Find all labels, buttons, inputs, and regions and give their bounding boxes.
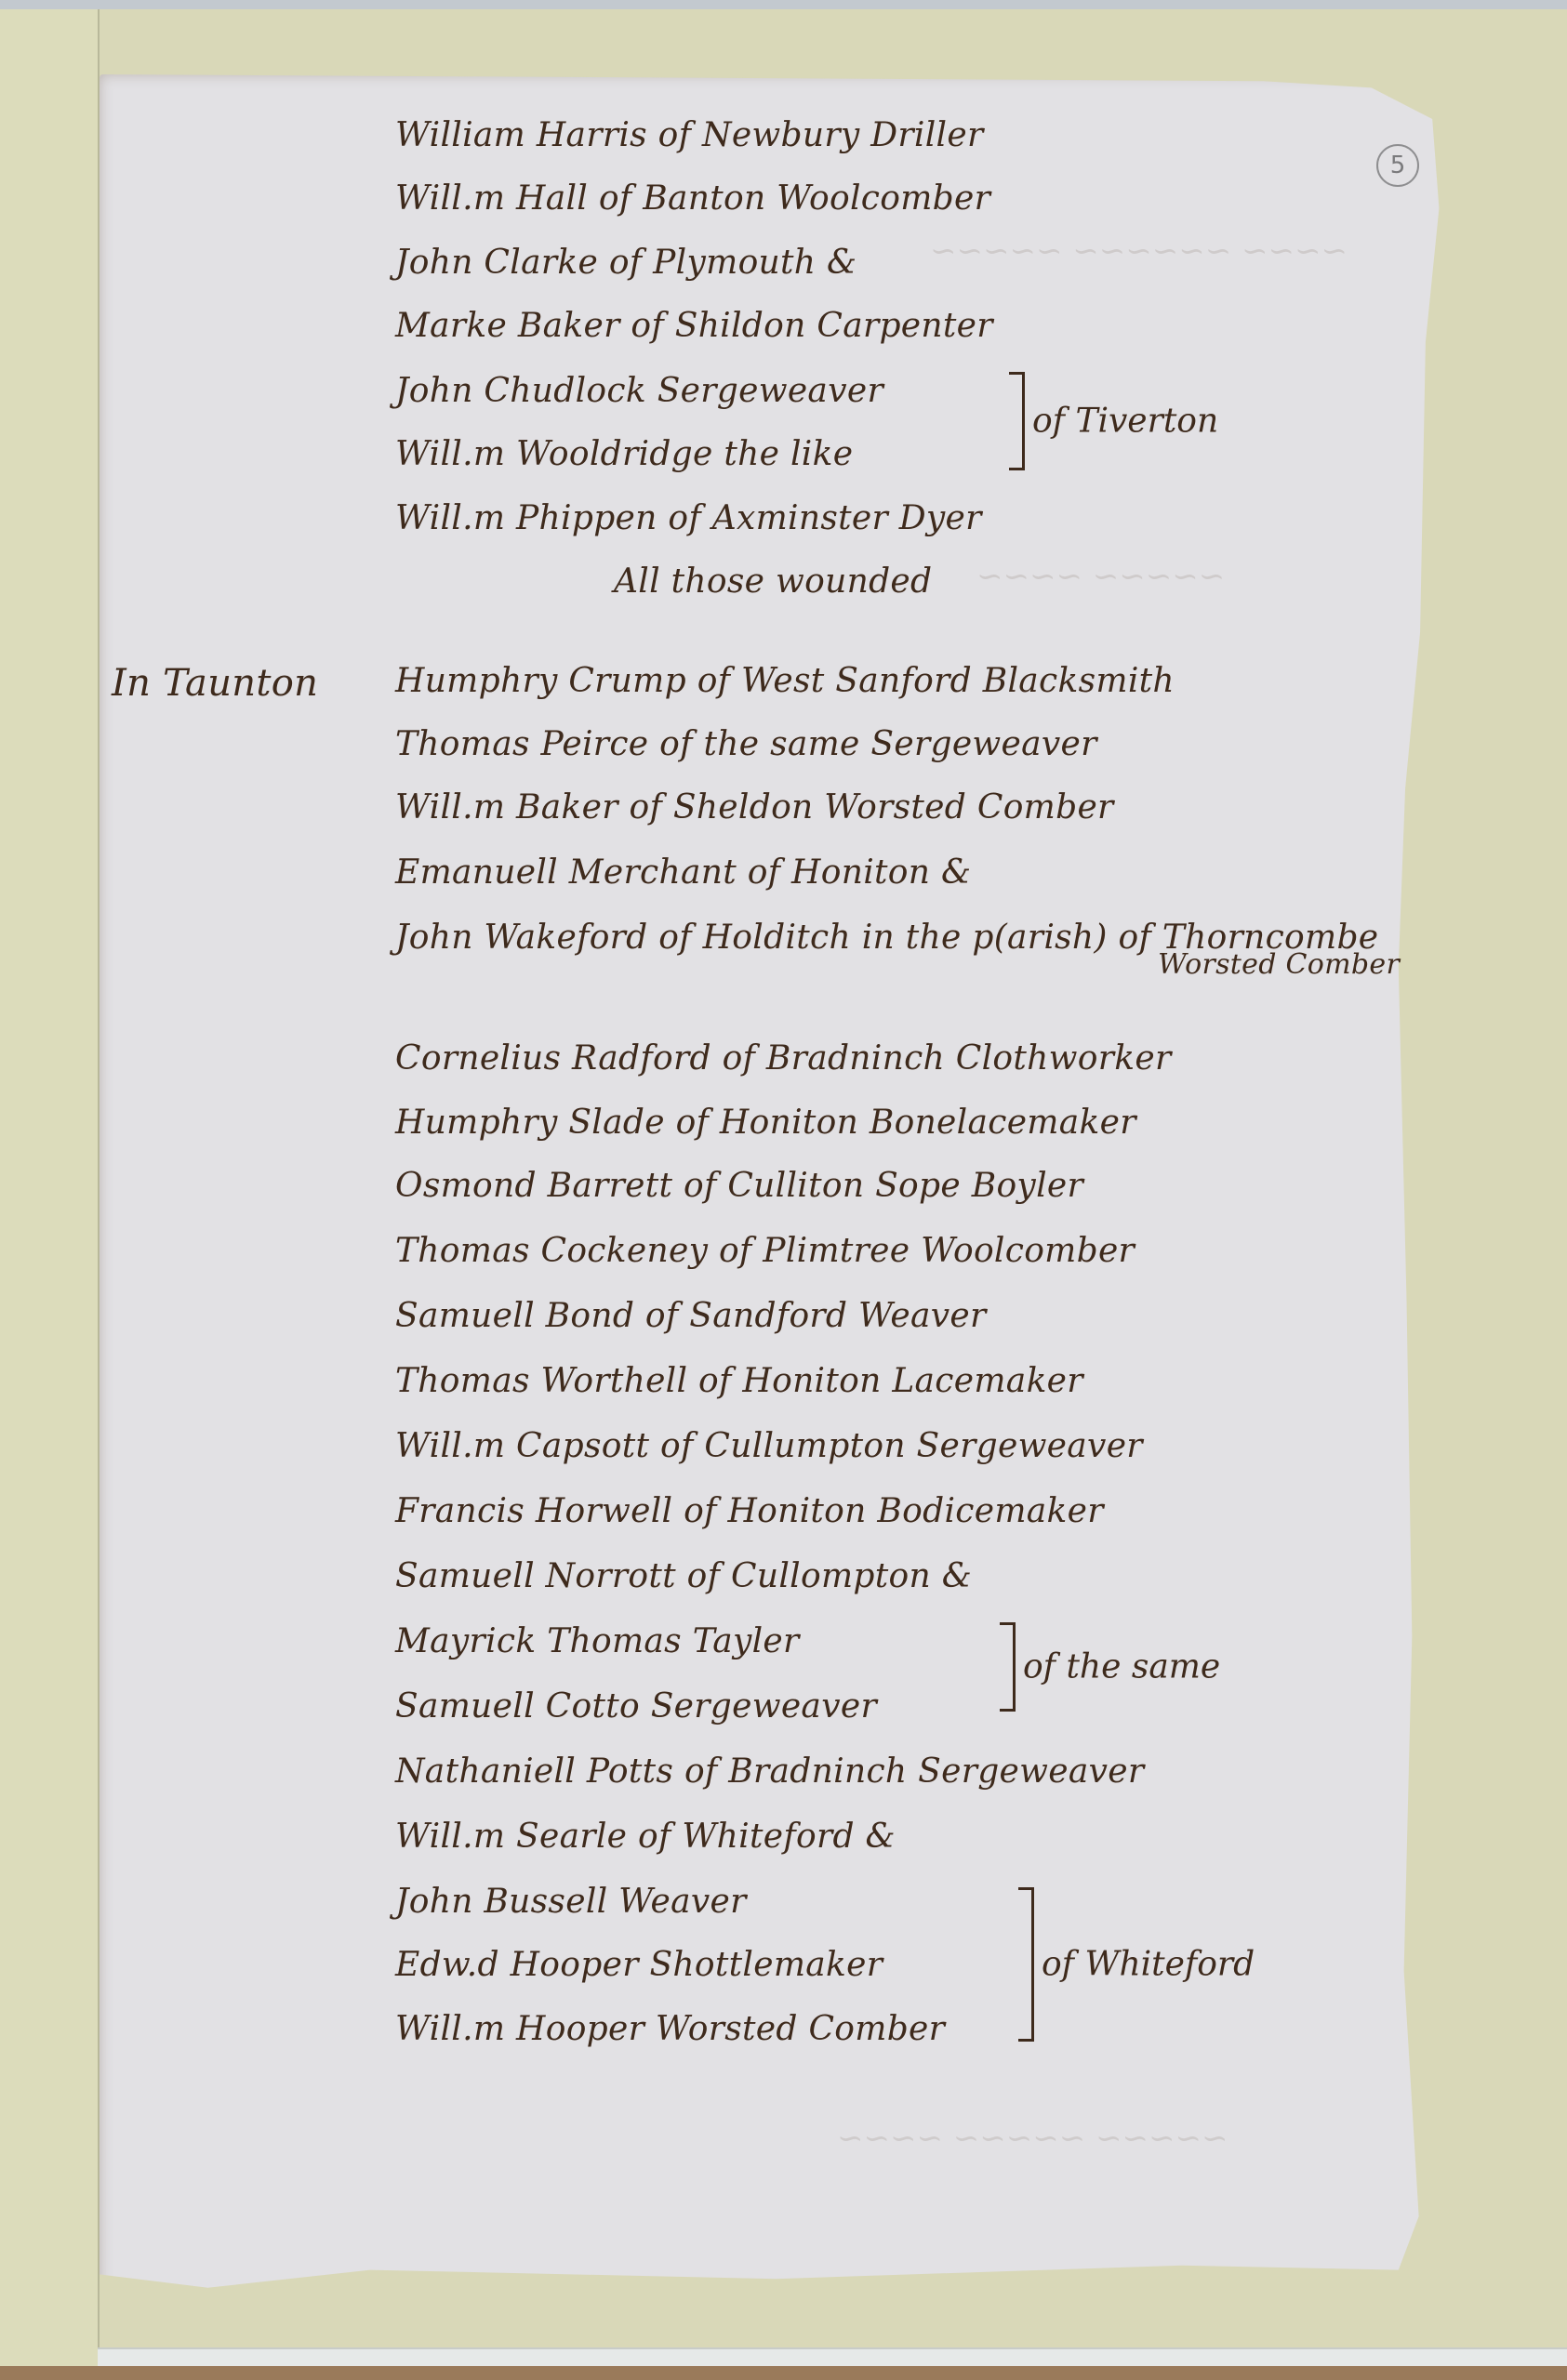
entry-line: William Harris of Newbury Driller [395, 116, 983, 154]
mount-bottom-mat [98, 2347, 1567, 2368]
margin-note: In Taunton [112, 662, 318, 705]
bracket-group-same: of the same [1000, 1622, 1220, 1712]
entry-line: Osmond Barrett of Culliton Sope Boyler [395, 1167, 1083, 1205]
mount-top-edge [0, 0, 1567, 9]
section-summary: All those wounded [614, 562, 932, 601]
entry-line: Emanuell Merchant of Honiton & [395, 853, 971, 892]
bracket-group-tiverton: of Tiverton [1009, 372, 1218, 470]
frame-edge [0, 2366, 1567, 2380]
folio-number: 5 [1376, 144, 1419, 187]
entry-line: Humphry Crump of West Sanford Blacksmith [395, 662, 1175, 700]
entry-line: John Bussell Weaver [395, 1883, 747, 1921]
bleed-through-text: ~~~~~ ~~~~~ ~~~~ [837, 2120, 1228, 2157]
entry-line: Marke Baker of Shildon Carpenter [395, 307, 993, 345]
entry-line: Francis Horwell of Honiton Bodicemaker [395, 1492, 1104, 1530]
bracket-label: of Tiverton [1032, 403, 1218, 441]
entry-line: Will.m Hooper Worsted Comber [395, 2010, 945, 2048]
entry-line: Cornelius Radford of Bradninch Clothwork… [395, 1039, 1171, 1078]
entry-line: Humphry Slade of Honiton Bonelacemaker [395, 1104, 1136, 1142]
entry-line: John Clarke of Plymouth & [395, 244, 857, 282]
bleed-through-text: ~~~~~ ~~~~ [976, 558, 1225, 595]
entry-line: Thomas Worthell of Honiton Lacemaker [395, 1362, 1083, 1400]
entry-line: Mayrick Thomas Tayler [395, 1622, 800, 1660]
brace-icon [1018, 1887, 1034, 2042]
entry-line: Will.m Searle of Whiteford & [395, 1818, 896, 1856]
mount-left-mat [0, 9, 100, 2380]
entry-line: Will.m Phippen of Axminster Dyer [395, 499, 982, 537]
entry-line: Thomas Cockeney of Plimtree Woolcomber [395, 1232, 1135, 1270]
entry-line: Samuell Bond of Sandford Weaver [395, 1297, 987, 1335]
entry-line: Samuell Cotto Sergeweaver [395, 1687, 877, 1725]
entry-line: John Chudlock Sergeweaver [395, 372, 883, 410]
bracket-group-whiteford: of Whiteford [1018, 1887, 1255, 2042]
entry-line: Edw.d Hooper Shottlemaker [395, 1946, 883, 1984]
entry-line: Thomas Peirce of the same Sergeweaver [395, 725, 1097, 763]
entry-line: Will.m Baker of Sheldon Worsted Comber [395, 788, 1114, 826]
entry-line: Nathaniell Potts of Bradninch Sergeweave… [395, 1752, 1144, 1791]
entry-line: Will.m Hall of Banton Woolcomber [395, 179, 990, 218]
entry-line: Samuell Norrott of Cullompton & [395, 1557, 972, 1595]
bleed-through-text: ~~~~ ~~~~~~ ~~~~~ [930, 232, 1348, 270]
entry-line: Will.m Capsott of Cullumpton Sergeweaver [395, 1427, 1143, 1465]
bracket-label: of the same [1023, 1648, 1220, 1686]
entry-line: Will.m Wooldridge the like [395, 435, 853, 473]
brace-icon [1009, 372, 1025, 470]
bracket-label: of Whiteford [1042, 1946, 1255, 1984]
brace-icon [1000, 1622, 1016, 1712]
entry-continuation: Worsted Comber [1158, 948, 1400, 981]
